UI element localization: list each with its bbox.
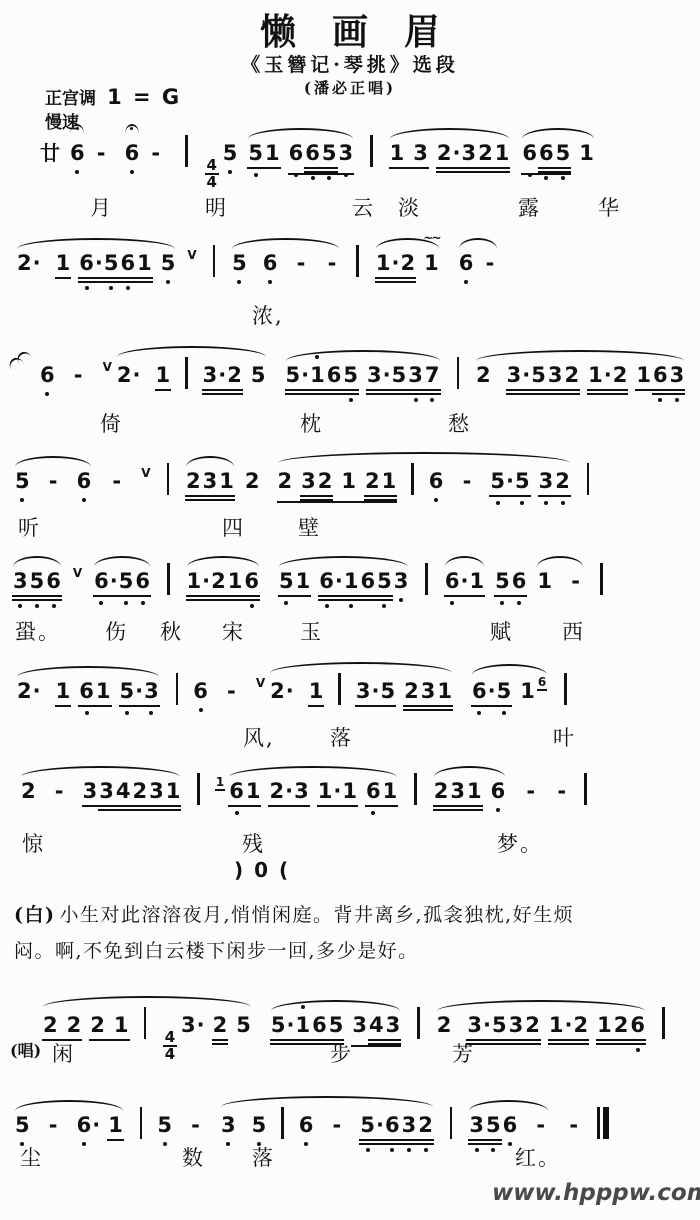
note: 2 (16, 677, 33, 705)
music-line-9: 5-6·15-356-5·632356-- (12, 1094, 609, 1142)
note: 1 (519, 677, 536, 705)
note: 6 (76, 1111, 93, 1139)
beam-single: 343 (351, 1011, 401, 1047)
interlude-mark: ) 0 ( (234, 858, 290, 882)
beam-double: 356 (12, 567, 62, 601)
music-line-8: 2221443·255·16534323·5321·2126 (40, 994, 672, 1042)
beam-single: 61 (365, 777, 398, 807)
augmentation-dot: · (488, 677, 496, 705)
note: 2 (524, 1011, 541, 1039)
note: 6 (124, 139, 141, 167)
note: 5 (530, 361, 547, 389)
beam-double: 231 (433, 777, 483, 811)
note: 6 (538, 139, 555, 167)
lyric-char: 枕 (300, 408, 323, 438)
note: 1 (55, 249, 72, 277)
dash-note: - (522, 777, 539, 805)
note: 5 (328, 1011, 345, 1039)
slur-group: 6- (456, 236, 501, 277)
note: 3 (466, 1011, 483, 1039)
beam-double: 126 (596, 1011, 646, 1045)
note: 5 (231, 249, 248, 277)
beam-single: 61 (78, 677, 111, 707)
dash-note: - (553, 777, 570, 805)
spoken-line1: 小生对此溶溶夜月,悄悄闲庭。背井离乡,孤衾独枕,好生烦 (59, 904, 574, 926)
augmentation-dot: · (453, 139, 461, 167)
note: 2 (554, 467, 571, 495)
slur-group: 1·21~~ (373, 236, 442, 283)
note: 3 (338, 139, 355, 167)
beam-single: 1 (635, 361, 652, 391)
augmentation-dot: · (287, 1011, 295, 1039)
slur-group: 231 (183, 454, 237, 501)
augmentation-dot: · (383, 361, 391, 389)
beam-double: 65 (538, 139, 571, 173)
note: 1 (295, 567, 312, 595)
note: 3 (355, 677, 372, 705)
note: 2 (417, 1111, 434, 1139)
note: 2 (436, 1011, 453, 1039)
note: 2 (612, 361, 629, 389)
augmentation-dot: · (285, 777, 293, 805)
beam-single: 1 (308, 677, 325, 707)
beam-double: 65 (304, 139, 337, 173)
barline (167, 463, 170, 495)
music-line-6: 2·1615·36-V2·13·52316·516 (14, 660, 574, 708)
slur-group: 6651 (519, 126, 597, 175)
augmentation-dot: · (461, 567, 469, 595)
slur-group: 6·1 (442, 554, 487, 597)
note: 5 (250, 361, 267, 389)
barline (587, 463, 590, 495)
note: 1 (375, 249, 392, 277)
note: 5 (496, 677, 513, 705)
lyric-char: 伤 (105, 616, 128, 646)
slur-group: 56-- (229, 236, 342, 277)
note: 6 (444, 567, 461, 595)
music-line-7: 2-3342311612·31·1612316-- (18, 764, 594, 812)
trill-icon: ~~ (423, 231, 439, 245)
lyric-char: 落 (330, 722, 353, 752)
note: 1 (341, 777, 358, 805)
note: 3 (366, 361, 383, 389)
note: 1 (382, 777, 399, 805)
dash-note: - (70, 361, 87, 389)
dash-note: - (108, 467, 125, 495)
time-signature-top: 4 (207, 159, 217, 172)
barline (338, 673, 341, 705)
dash-note: - (51, 777, 68, 805)
augmentation-dot: · (301, 361, 309, 389)
beam-double: 1·2 (375, 249, 416, 283)
lyric-char: 露 (518, 192, 541, 222)
note: 5 (270, 1011, 287, 1039)
note: 6 (521, 139, 538, 167)
note: 1 (343, 567, 360, 595)
spoken-text-line1: (白)小生对此溶溶夜月,悄悄闲庭。背井离乡,孤衾独枕,好生烦 (14, 900, 690, 927)
barline (144, 1007, 147, 1039)
grace-note: 1 (215, 775, 225, 791)
note: 2 (268, 777, 285, 805)
augmentation-dot: · (372, 677, 380, 705)
note: 5 (103, 249, 120, 277)
note: 3 (351, 1011, 368, 1039)
note: 6 (365, 777, 382, 805)
watermark: www.hpppw.com (492, 1180, 700, 1206)
slur-group: 2-334231 (18, 764, 183, 811)
sheet-music-page: 懒画眉 《玉簪记·琴挑》选段 (潘必正唱) 正宫调 1 = G 慢速 廿6-6-… (0, 0, 700, 1220)
note: 6 (228, 777, 245, 805)
lyric-char: 落 (252, 1142, 275, 1172)
key-signature: 正宫调 1 = G (45, 84, 181, 109)
note: 1 (340, 467, 357, 495)
beam-double: 6·165 (318, 567, 393, 601)
note: 1 (55, 677, 72, 705)
lyric-char: 宋 (222, 616, 245, 646)
note: 1 (466, 777, 483, 805)
beam-double: 32 (300, 467, 333, 501)
note: 5 (285, 361, 302, 389)
note: 1 (494, 139, 511, 167)
augmentation-dot: · (335, 567, 343, 595)
slur-group: 356-5·632 (218, 1094, 436, 1145)
lyric-char: 梦。 (497, 828, 543, 858)
note: 2 (244, 467, 261, 495)
music-line-1: 廿6-6-445516653132·3216651 (40, 126, 597, 174)
note: 1 (578, 139, 595, 167)
beam-double: 43 (368, 1011, 401, 1045)
fermata-icon (70, 124, 84, 134)
final-barline (597, 1107, 609, 1146)
note: 1 (218, 467, 235, 495)
beam-double: 1·2 (587, 361, 628, 395)
note: 2 (210, 567, 227, 595)
note: 1 (308, 677, 325, 705)
note: 5 (376, 567, 393, 595)
beam-single: 6·1 (444, 567, 485, 597)
music-line-2: 2·16·5615V56--1·21~~6- (14, 236, 500, 284)
note: 2 (89, 1011, 106, 1039)
spoken-line2: 闷。啊,不免到白云楼下闲步一回,多少是好。 (14, 940, 419, 962)
note: 3 (220, 1111, 237, 1139)
barline (185, 135, 188, 167)
slur-group: 1·216 (184, 554, 263, 601)
page-title: 懒画眉 (0, 4, 700, 55)
music-line-3: 6-V2·13·255·1653·53723·5321·2163 (8, 344, 700, 392)
beam-single: 61 (228, 777, 261, 807)
note: 2 (564, 361, 581, 389)
slur-group: 612·31·161 (226, 764, 400, 807)
barline (662, 1007, 665, 1039)
augmentation-dot: · (197, 1011, 205, 1039)
beam-single: 56 (494, 567, 527, 597)
lyric-char: 残 (242, 828, 265, 858)
barline (356, 245, 359, 277)
note: 2 (212, 1011, 229, 1039)
note: 4 (115, 777, 132, 805)
note: 6 (360, 567, 377, 595)
note: 2 (42, 1011, 59, 1039)
note: 6 (652, 361, 669, 389)
note: 3 (506, 361, 523, 389)
beam-double: 6·561 (78, 249, 153, 283)
lyric-char: 玉 (300, 616, 323, 646)
breath-mark: V (187, 248, 196, 262)
beam-single: 6·56 (93, 567, 151, 597)
note: 1 (113, 1011, 130, 1039)
augmentation-dot: · (522, 361, 530, 389)
note: 2 (20, 777, 37, 805)
sing-label: (唱) (10, 1038, 41, 1061)
beam-single: 32 (538, 467, 571, 497)
note: 2 (573, 1011, 590, 1039)
note: 2 (16, 249, 33, 277)
lyric-char: 月 (90, 192, 113, 222)
note: 3 (202, 467, 219, 495)
note: 6 (39, 361, 56, 389)
note: 5 (342, 361, 359, 389)
note: 6 (76, 467, 93, 495)
note: 2 (475, 361, 492, 389)
note: 5 (380, 677, 397, 705)
note: 1 (389, 139, 406, 167)
lyric-char: 蛩。 (15, 616, 61, 646)
augmentation-dot: · (286, 677, 294, 705)
note: 5 (555, 139, 572, 167)
note: 1 (227, 567, 244, 595)
note: 3 (98, 777, 115, 805)
dash-note: - (187, 1111, 204, 1139)
note: 3 (412, 139, 429, 167)
augmentation-dot: · (110, 567, 118, 595)
note: 5 (14, 1111, 31, 1139)
slur-group: 2·1615·3 (14, 664, 162, 707)
lyric-char: 淡 (398, 192, 421, 222)
slur-group: 23·5321·2163 (473, 348, 687, 395)
breath-mark: V (73, 566, 82, 580)
lyric-char: 赋 (490, 616, 513, 646)
barline (411, 463, 414, 495)
note: 6 (134, 567, 151, 595)
beam-double: 1·2 (548, 1011, 589, 1045)
spoken-text-line2: 闷。啊,不免到白云楼下闲步一回,多少是好。 (14, 936, 690, 963)
note: 5 (118, 567, 135, 595)
note: 2 (403, 677, 420, 705)
note: 2 (317, 467, 334, 495)
dash-note: - (323, 249, 340, 277)
lyric-char: 愁 (448, 408, 471, 438)
lyric-char: 浓, (252, 300, 284, 330)
beam-single: 1·1 (317, 777, 358, 807)
beam-double: 2·321 (436, 139, 511, 173)
spoken-label: (白) (14, 904, 55, 926)
music-line-5: 356V6·561·216516·16536·1561- (10, 554, 610, 602)
note: 6 (78, 249, 95, 277)
note: 5 (235, 1011, 252, 1039)
barline (414, 773, 417, 805)
lyric-char: 四 (222, 512, 245, 542)
note: 6 (326, 361, 343, 389)
note: 2 (400, 249, 417, 277)
note: 2 (433, 777, 450, 805)
note: 7 (424, 361, 441, 389)
lyric-char: 惊 (22, 828, 45, 858)
beam-single: 1 (155, 361, 172, 391)
key-label: 1 = G (107, 85, 181, 109)
beam-double: 5·165 (285, 361, 360, 395)
beam-double: 21 (364, 467, 397, 501)
beam-single: 5·5 (489, 467, 530, 497)
note: 1 (317, 777, 334, 805)
note: 6 (304, 139, 321, 167)
note: 5 (14, 467, 31, 495)
beam-single: 1 (55, 249, 72, 279)
note: 1 (155, 361, 172, 389)
slur-group: 2·16·5615 (14, 236, 178, 283)
barline (140, 1107, 143, 1139)
note: 5 (156, 1111, 173, 1139)
note: 6 (471, 677, 488, 705)
slur-group: 2·13·5231 (267, 660, 455, 711)
note: 5 (251, 1111, 268, 1139)
augmentation-dot: · (333, 777, 341, 805)
note: 5 (160, 249, 177, 277)
beam-double: 231 (132, 777, 182, 811)
note: 1 (635, 361, 652, 389)
note: 3 (393, 567, 410, 595)
beam-double: 3·2 (202, 361, 243, 395)
note: 6 (311, 1011, 328, 1039)
note: 1 (136, 249, 153, 277)
augmentation-dot: · (133, 361, 141, 389)
beam-single: 6653 (288, 139, 355, 175)
time-signature-bottom: 4 (207, 176, 217, 189)
note: 2 (613, 1011, 630, 1039)
note: 6 (629, 1011, 646, 1039)
slur-group: 1- (534, 554, 586, 595)
note: 6 (69, 139, 86, 167)
slur-group: 6·56 (91, 554, 153, 597)
beam-double: 1·216 (186, 567, 261, 601)
beam-single: 2·3 (268, 777, 309, 807)
note: 5 (514, 467, 531, 495)
note: 2 (364, 467, 381, 495)
note: 1 (469, 567, 486, 595)
beam-single: 13 (389, 139, 429, 169)
note: 3 (148, 777, 165, 805)
note: 5 (119, 677, 136, 705)
augmentation-dot: · (92, 1111, 100, 1139)
barline (600, 563, 603, 595)
lyric-char: 风, (243, 722, 275, 752)
slur-group: 2321216-5·532 (275, 450, 573, 503)
lyric-char: 云 (352, 192, 375, 222)
beam-double: 3·532 (466, 1011, 541, 1045)
augmentation-dot: · (95, 249, 103, 277)
tie-arc (15, 349, 33, 365)
slur-group: 5-6 (12, 454, 94, 495)
note: 3 (143, 677, 160, 705)
barline (176, 673, 179, 705)
augmentation-dot: · (33, 249, 41, 277)
note: 3 (547, 361, 564, 389)
lyric-char: 明 (205, 192, 228, 222)
barline (425, 563, 428, 595)
note: 6 (298, 1111, 315, 1139)
beam-single: 21 (89, 1011, 129, 1041)
beam-double: 231 (403, 677, 453, 711)
note: 1 (309, 361, 326, 389)
note: 3 (538, 467, 555, 495)
note: 1 (381, 467, 398, 495)
note: 1 (587, 361, 604, 389)
note: 1 (165, 777, 182, 805)
slur-group: 356 (10, 554, 64, 601)
note: 1 (536, 567, 553, 595)
music-line-4: 5-6-V23122321216-5·532 (12, 450, 596, 498)
beam-double: 231 (185, 467, 235, 501)
lyric-char: 听 (18, 512, 41, 542)
note: 3 (669, 361, 686, 389)
note: 3 (12, 567, 29, 595)
note: 6 (120, 249, 137, 277)
beam-double: 63 (652, 361, 685, 395)
note: 3 (293, 777, 310, 805)
dash-note: - (45, 1111, 62, 1139)
dash-note: - (93, 139, 110, 167)
dash-note: - (532, 1111, 549, 1139)
note: 6 (243, 567, 260, 595)
barline (417, 1007, 420, 1039)
slur-group: 5-6·1 (12, 1098, 126, 1141)
note: 6 (318, 567, 335, 595)
barline (197, 773, 200, 805)
note: 1~~ (423, 249, 440, 277)
mode-label: 正宫调 (45, 89, 96, 109)
lyric-char: 尘 (20, 1142, 43, 1172)
lyric-char: 西 (562, 616, 585, 646)
dash-note: - (565, 1111, 582, 1139)
augmentation-dot: · (202, 567, 210, 595)
augmentation-dot: · (392, 249, 400, 277)
grace-note: 6 (537, 675, 547, 691)
note: 5 (491, 1011, 508, 1039)
note: 2 (269, 677, 286, 705)
augmentation-dot: · (135, 677, 143, 705)
note: 6 (288, 139, 305, 167)
note: 6 (502, 1111, 519, 1139)
note: 2 (116, 361, 133, 389)
dash-note: - (147, 139, 164, 167)
note: 6 (45, 567, 62, 595)
beam-single: 3 (82, 777, 99, 807)
note: 3 (461, 139, 478, 167)
beam-single: 51 (247, 139, 280, 169)
note: 3 (420, 677, 437, 705)
dash-note: - (481, 249, 498, 277)
slur-group: 132·321 (387, 126, 513, 173)
lyric-char: 叶 (553, 722, 576, 752)
beam-double: 3·537 (366, 361, 441, 395)
note: 5 (247, 139, 264, 167)
barline (564, 673, 567, 705)
note: 5 (494, 567, 511, 595)
dash-note: - (223, 677, 240, 705)
beam-single: 22 (42, 1011, 82, 1041)
slur-group: 6·516 (469, 662, 550, 707)
note: 3 (300, 467, 317, 495)
beam-double: 3·532 (506, 361, 581, 395)
